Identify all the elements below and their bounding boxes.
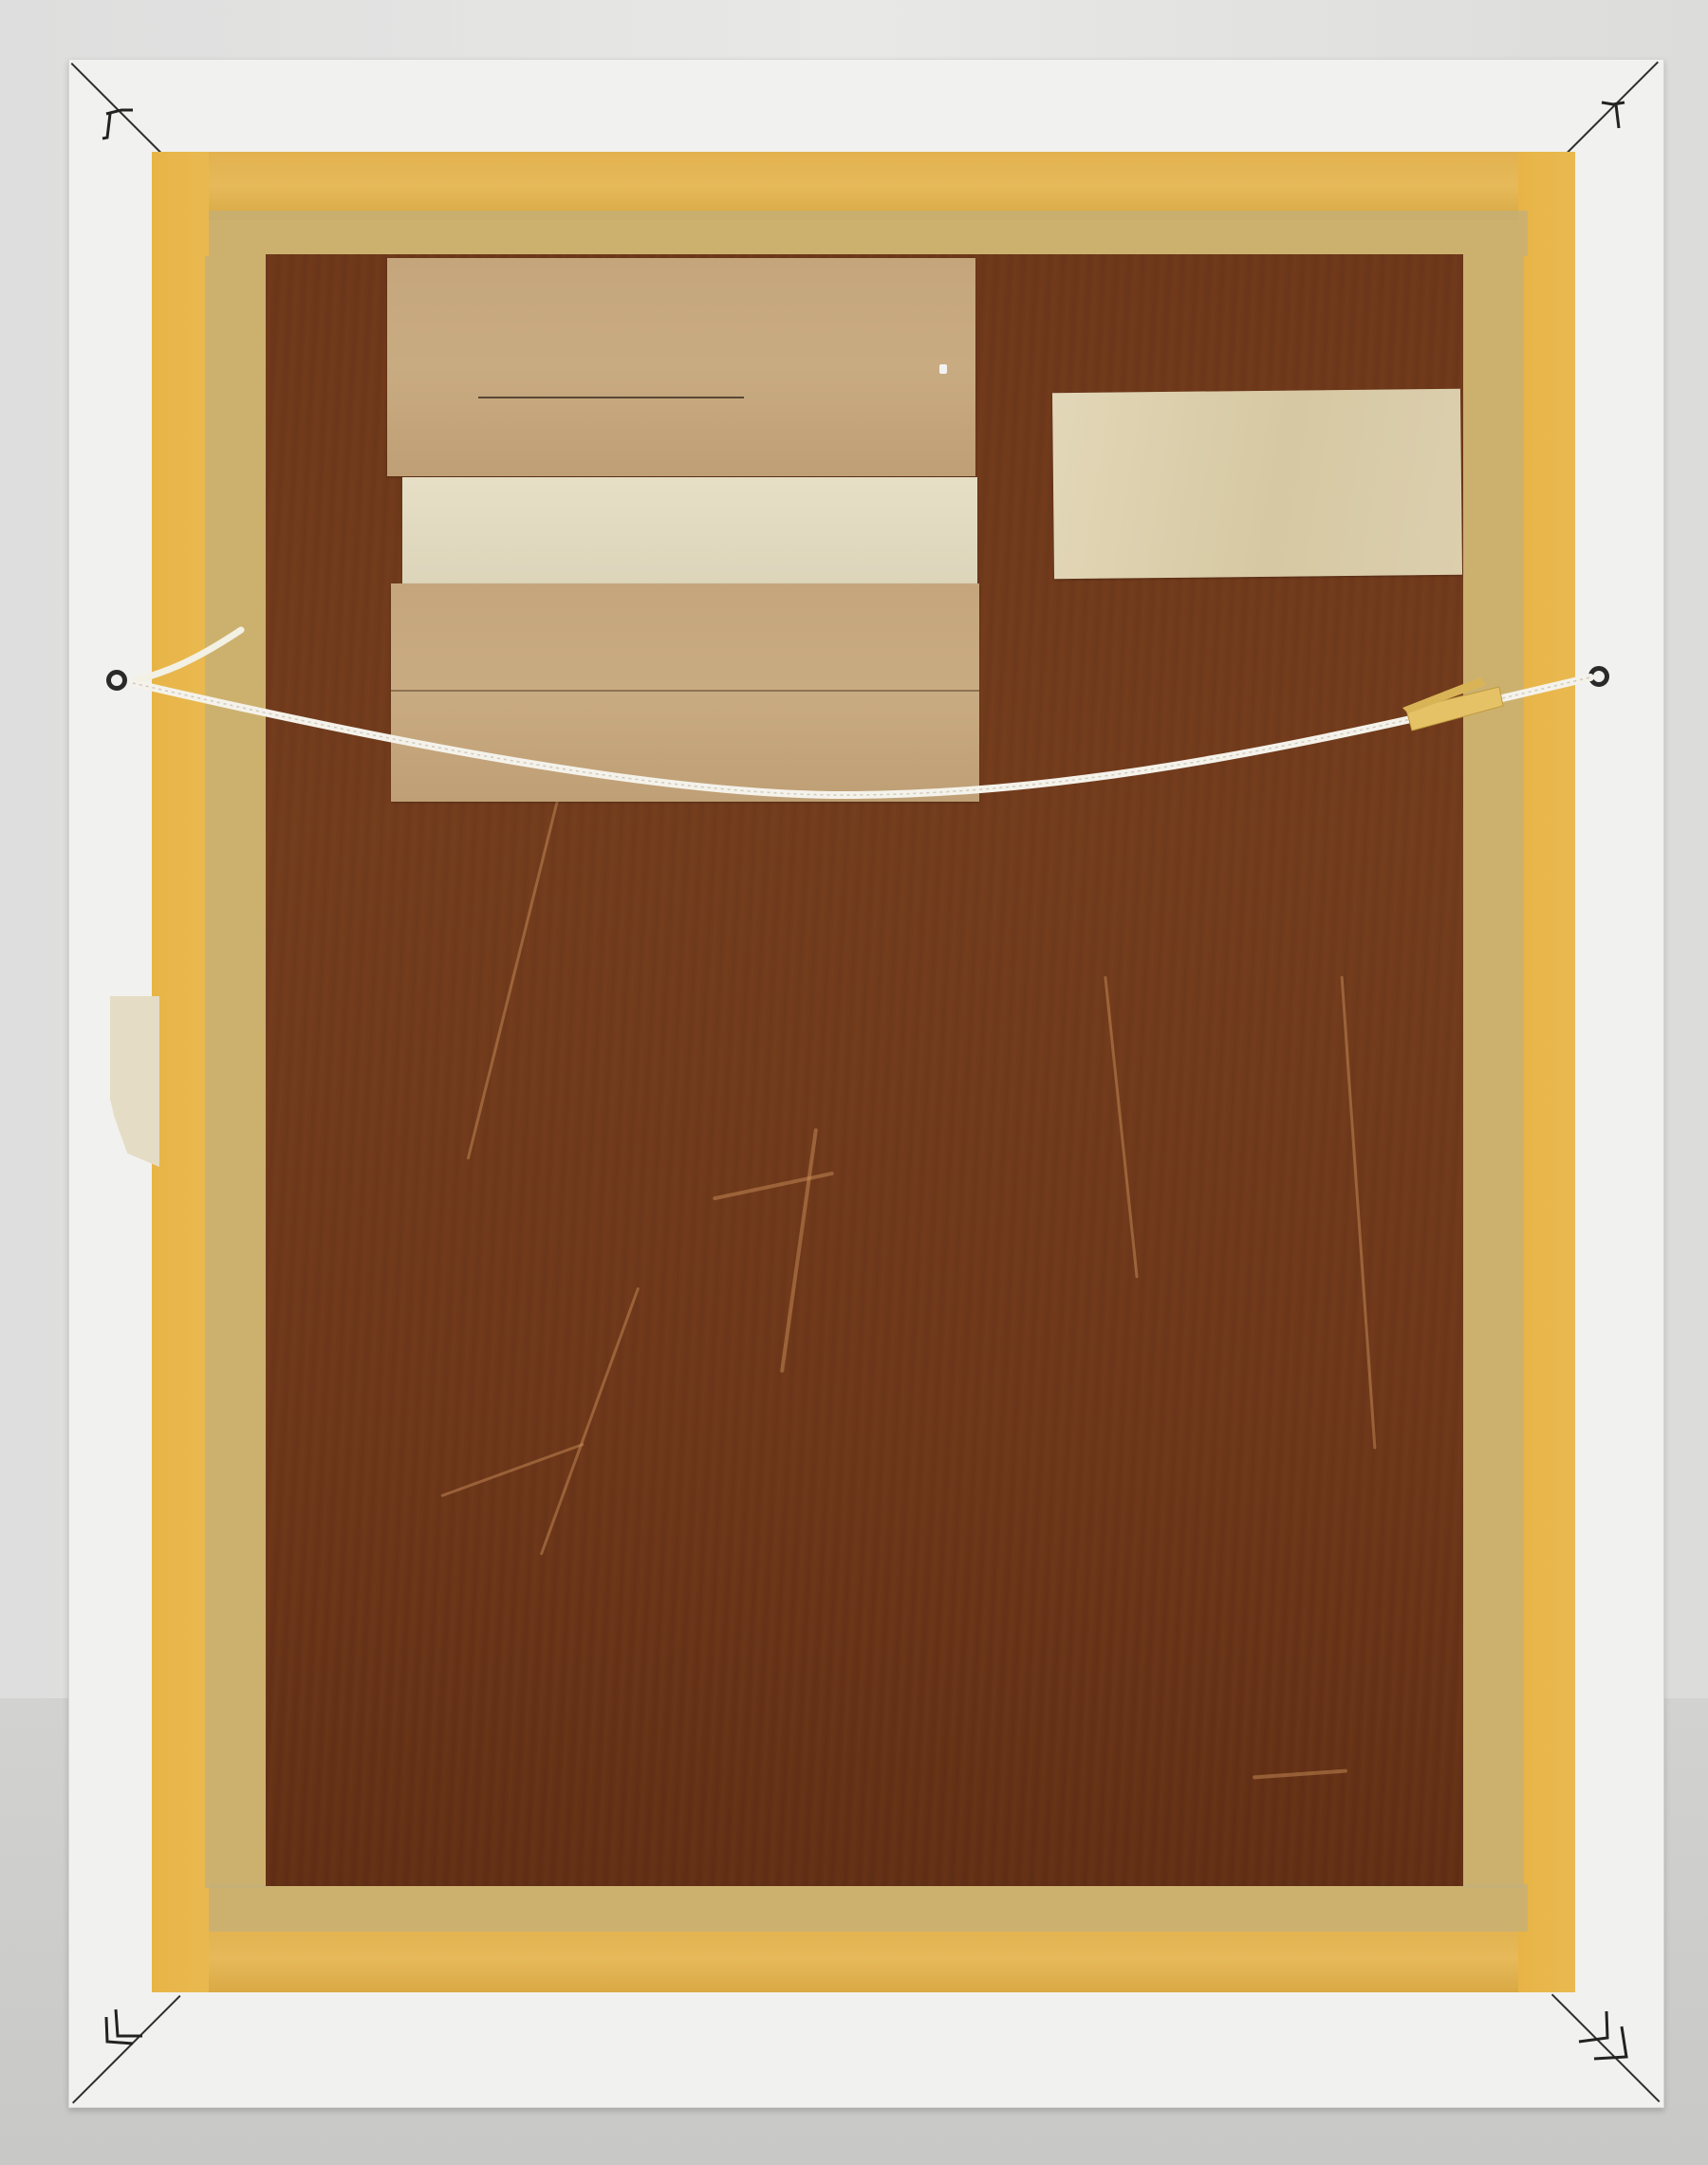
- scratch-mark: [780, 1128, 818, 1373]
- scratch-mark: [1341, 976, 1377, 1450]
- tape-inner-bottom: [209, 1884, 1528, 1932]
- dealer-city-text: [1053, 493, 1461, 498]
- scratch-mark: [1253, 1769, 1347, 1780]
- scratch-mark: [540, 1287, 640, 1556]
- scratch-mark: [467, 791, 562, 1160]
- scratch-mark: [1104, 976, 1138, 1279]
- scratch-mark: [713, 1172, 834, 1201]
- label-tear-line: [391, 690, 979, 692]
- pin-head: [939, 364, 947, 374]
- tape-inner-left: [205, 256, 268, 1888]
- owner-label: [402, 477, 977, 583]
- tape-inner-top: [209, 211, 1528, 256]
- hanging-hook-right-icon: [1588, 666, 1609, 687]
- regiment-underline: [478, 397, 744, 398]
- tape-strip-right: [1518, 152, 1575, 1992]
- tape-strip-left: [152, 152, 209, 1992]
- tape-strip-bottom: [152, 1926, 1575, 1992]
- hanging-hook-left-icon: [106, 670, 127, 691]
- dealer-name-text: [1052, 421, 1460, 426]
- dealer-label: [1052, 389, 1462, 579]
- sitter-label: [387, 258, 975, 476]
- tape-inner-right: [1461, 256, 1524, 1888]
- price-label: [391, 583, 979, 802]
